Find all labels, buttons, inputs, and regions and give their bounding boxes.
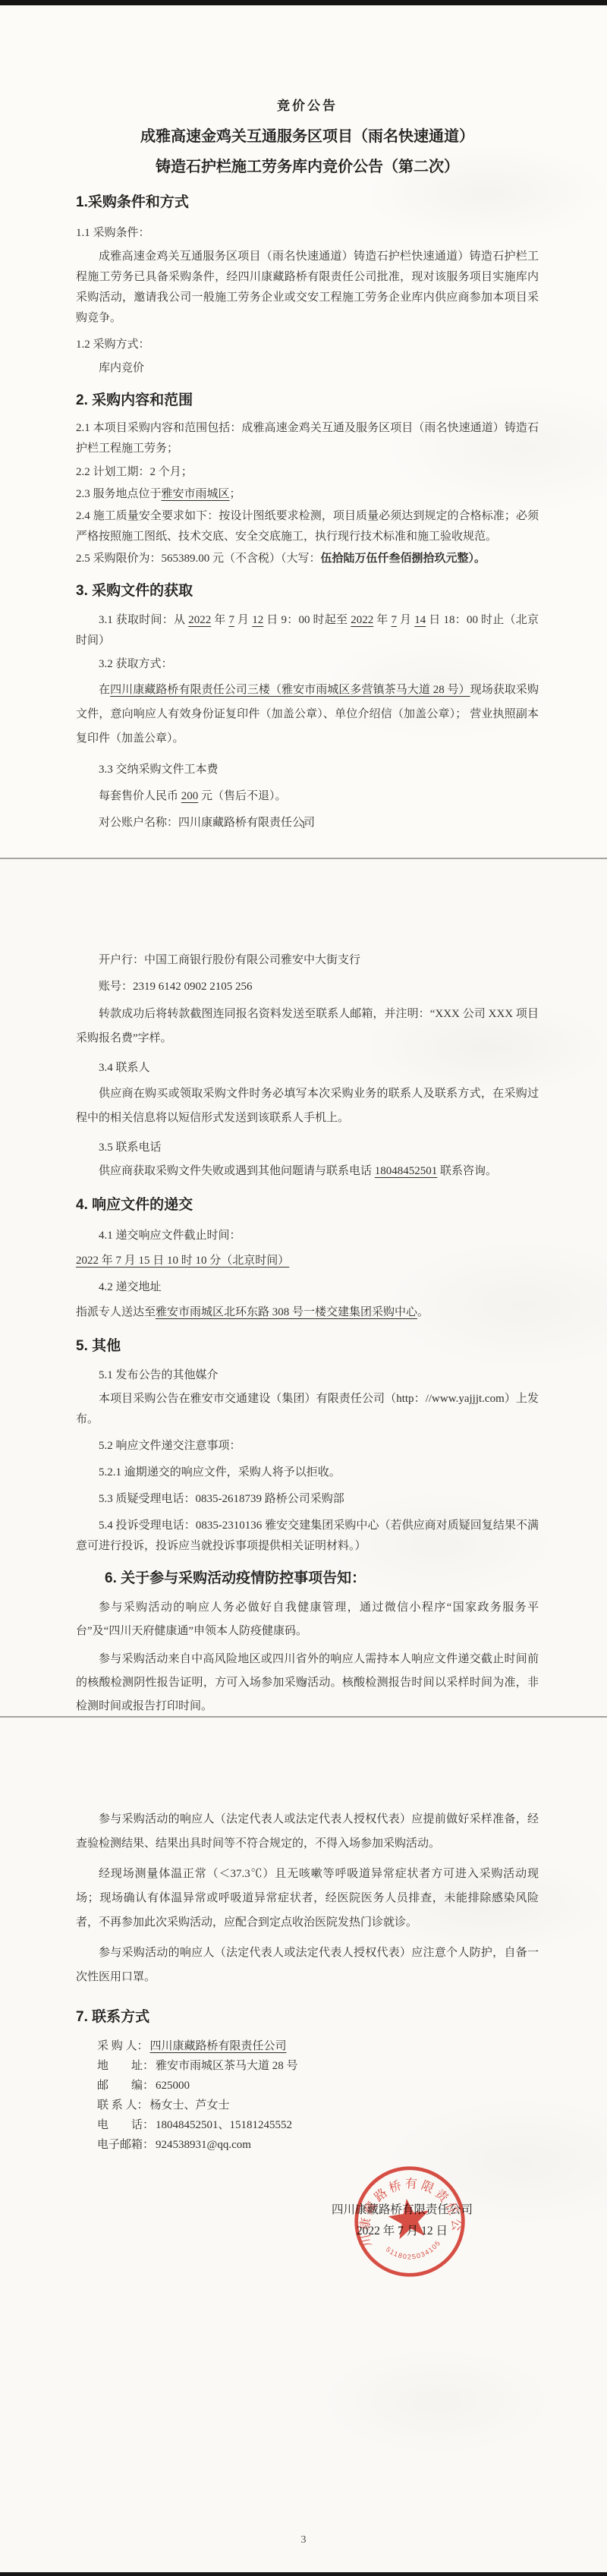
section-6-heading: 6. 关于参与采购活动疫情防控事项告知： — [76, 1569, 539, 1589]
text-segment: 元（售后不退）。 — [198, 790, 286, 802]
text-segment: 18048452501 — [375, 1165, 438, 1177]
paragraph-3-5: 供应商获取采购文件失败或遇到其他问题请与联系电话 18048452501 联系咨… — [76, 1161, 539, 1182]
contact-block: 采 购 人： 四川康藏路桥有限责任公司 地 址： 雅安市雨城区茶马大道 28 号… — [97, 2036, 539, 2155]
item-2-3: 2.3 服务地点位于雅安市雨城区； — [76, 484, 539, 505]
page-number: 1 — [0, 820, 607, 832]
item-4-1: 4.1 递交响应文件截止时间： — [76, 1226, 539, 1246]
text-segment: 日 9：00 时起至 — [263, 614, 351, 626]
text-segment: 2.3 服务地点位于 — [76, 488, 162, 500]
paragraph-3-2: 在四川康藏路桥有限责任公司三楼（雅安市雨城区多营镇茶马大道 28 号）现场获取采… — [76, 678, 539, 751]
section-5-heading: 5. 其他 — [76, 1337, 539, 1356]
contact-row: 邮 编： 625000 — [97, 2076, 539, 2096]
contact-label: 地 址： — [97, 2056, 154, 2076]
text-segment: 200 — [181, 790, 199, 802]
item-5-2-1: 5.2.1 逾期递交的响应文件，采购人将予以拒收。 — [76, 1463, 539, 1483]
item-3-5: 3.5 联系电话 — [76, 1138, 539, 1158]
text-segment: 四川康藏路桥有限责任公司三楼（雅安市雨城区多营镇茶马大道 28 号） — [110, 684, 470, 696]
section-3-heading: 3. 采购文件的获取 — [76, 581, 539, 601]
text-segment: 供应商获取采购文件失败或遇到其他问题请与联系电话 — [99, 1165, 375, 1177]
text-segment: 每套售价人民币 — [99, 790, 181, 802]
contact-row: 电子邮箱： 924538931@qq.com — [97, 2135, 539, 2155]
contact-row: 联 系 人： 杨女士、芦女士 — [97, 2096, 539, 2115]
contact-label: 采 购 人： — [97, 2036, 149, 2056]
text-segment: 3.1 获取时间：从 — [99, 614, 188, 626]
text-segment: 伍拾陆万伍仟叁佰捌拾玖元整）。 — [321, 553, 486, 565]
section-7-heading: 7. 联系方式 — [76, 2008, 539, 2027]
covid-paragraph-5: 参与采购活动的响应人（法定代表人或法定代表人授权代表）应注意个人防护，自备一次性… — [76, 1941, 539, 1989]
page-3: 参与采购活动的响应人（法定代表人或法定代表人授权代表）应提前做好采样准备，经查验… — [0, 1718, 607, 2572]
text-segment: 联系咨询。 — [437, 1165, 497, 1177]
item-2-5: 2.5 采购限价为：565389.00 元（不含税）（大写：伍拾陆万伍仟叁佰捌拾… — [76, 549, 539, 569]
item-3-3: 3.3 交纳采购文件工本费 — [76, 760, 539, 780]
signature-block: 四川康藏路桥有限责任公司 2022 年 7 月 12 日 — [266, 2200, 539, 2242]
contact-value: 四川康藏路桥有限责任公司 — [150, 2036, 287, 2056]
bank-line: 开户行：中国工商银行股份有限公司雅安中大街支行 — [76, 950, 539, 971]
text-segment: 7 — [391, 614, 397, 626]
text-segment: 2.5 采购限价为：565389.00 元（不含税）（大写： — [76, 553, 321, 565]
contact-row: 电 话： 18048452501、15181245552 — [97, 2115, 539, 2135]
page-number: 2 — [0, 1678, 607, 1690]
item-2-1: 2.1 本项目采购内容和范围包括：成雅高速金鸡关互通及服务区项目（雨名快速通道）… — [76, 418, 539, 459]
item-5-2: 5.2 响应文件递交注意事项： — [76, 1436, 539, 1456]
text-segment: 12 — [252, 614, 263, 626]
transfer-note: 转款成功后将转款截图连同报名资料发送至联系人邮箱，并注明：“XXX 公司 XXX… — [76, 1002, 539, 1050]
signature-date: 2022 年 7 月 12 日 — [266, 2221, 539, 2242]
text-segment: 指派专人送达至 — [76, 1306, 156, 1318]
paragraph-1-2: 库内竞价 — [76, 358, 539, 379]
text-segment: 。 — [417, 1306, 429, 1318]
item-1-1: 1.1 采购条件： — [76, 223, 539, 244]
page-number: 3 — [0, 2534, 607, 2546]
text-segment: 14 — [414, 614, 426, 626]
contact-value: 雅安市雨城区茶马大道 28 号 — [156, 2056, 298, 2076]
contact-label: 联 系 人： — [97, 2096, 149, 2115]
text-segment: 7 — [228, 614, 234, 626]
scan-edge-top — [0, 0, 607, 5]
item-2-4: 2.4 施工质量安全要求如下：按设计图纸要求检测，项目质量必须达到规定的合格标准… — [76, 506, 539, 547]
text-segment: 2022 年 7 月 15 日 10 时 10 分（北京时间） — [76, 1255, 289, 1267]
signature-company: 四川康藏路桥有限责任公司 — [266, 2200, 539, 2221]
item-1-2: 1.2 采购方式： — [76, 335, 539, 355]
contact-value: 924538931@qq.com — [156, 2135, 251, 2155]
covid-paragraph-1: 参与采购活动的响应人务必做好自我健康管理，通过微信小程序“国家政务服务平台”及“… — [76, 1596, 539, 1643]
text-segment: 2022 — [188, 614, 211, 626]
contact-label: 电 话： — [97, 2115, 154, 2135]
item-4-2: 4.2 递交地址 — [76, 1277, 539, 1298]
doc-title: 竞价公告 — [76, 95, 539, 114]
contact-value: 杨女士、芦女士 — [150, 2096, 230, 2115]
text-segment: 2022 — [351, 614, 373, 626]
doc-subtitle-line-1: 成雅高速金鸡关互通服务区项目（雨名快速通道） — [76, 124, 539, 146]
text-segment: 月 — [397, 614, 414, 626]
item-5-3: 5.3 质疑受理电话：0835-2618739 路桥公司采购部 — [76, 1489, 539, 1510]
deadline-line: 2022 年 7 月 15 日 10 时 10 分（北京时间） — [76, 1251, 539, 1271]
text-segment: 月 — [234, 614, 252, 626]
scan-edge-bottom — [0, 2572, 607, 2576]
scanned-document: 竞价公告 成雅高速金鸡关互通服务区项目（雨名快速通道） 铸造石护栏施工劳务库内竞… — [0, 0, 607, 2576]
paragraph-1-1: 成雅高速金鸡关互通服务区项目（雨名快速通道）铸造石护栏快速通道）铸造石护栏工程施… — [76, 247, 539, 329]
doc-subtitle-line-2: 铸造石护栏施工劳务库内竞价公告（第二次） — [76, 154, 539, 176]
item-3-4: 3.4 联系人 — [76, 1058, 539, 1079]
item-3-2: 3.2 获取方式： — [76, 654, 539, 675]
text-segment: ； — [230, 488, 241, 500]
covid-paragraph-4: 经现场测量体温正常（＜37.3℃）且无咳嗽等呼吸道异常症状者方可进入采购活动现场… — [76, 1862, 539, 1935]
text-segment: 年 — [373, 614, 391, 626]
item-5-1: 5.1 发布公告的其他媒介 — [76, 1365, 539, 1386]
account-number-line: 账号：2319 6142 0902 2105 256 — [76, 977, 539, 997]
item-2-2: 2.2 计划工期：2 个月； — [76, 462, 539, 483]
text-segment: 雅安市雨城区 — [162, 488, 230, 500]
covid-paragraph-3: 参与采购活动的响应人（法定代表人或法定代表人授权代表）应提前做好采样准备，经查验… — [76, 1807, 539, 1856]
section-2-heading: 2. 采购内容和范围 — [76, 391, 539, 411]
text-segment: 雅安市雨城区北环东路 308 号一楼交建集团采购中心 — [156, 1306, 417, 1318]
contact-row: 地 址： 雅安市雨城区茶马大道 28 号 — [97, 2056, 539, 2076]
document-fee-line: 每套售价人民币 200 元（售后不退）。 — [76, 786, 539, 807]
delivery-address-line: 指派专人送达至雅安市雨城区北环东路 308 号一楼交建集团采购中心。 — [76, 1302, 539, 1323]
page-1: 竞价公告 成雅高速金鸡关互通服务区项目（雨名快速通道） 铸造石护栏施工劳务库内竞… — [0, 5, 607, 858]
item-5-4: 5.4 投诉受理电话：0835-2310136 雅安交建集团采购中心（若供应商对… — [76, 1516, 539, 1557]
item-3-1: 3.1 获取时间：从 2022 年 7 月 12 日 9：00 时起至 2022… — [76, 610, 539, 651]
page-2: 开户行：中国工商银行股份有限公司雅安中大街支行 账号：2319 6142 090… — [0, 859, 607, 1716]
contact-row: 采 购 人： 四川康藏路桥有限责任公司 — [97, 2036, 539, 2056]
text-segment: 在 — [99, 684, 110, 696]
section-1-heading: 1.采购条件和方式 — [76, 193, 539, 213]
section-4-heading: 4. 响应文件的递交 — [76, 1195, 539, 1215]
contact-value: 625000 — [156, 2076, 190, 2096]
contact-label: 电子邮箱： — [97, 2135, 154, 2155]
paragraph-3-4: 供应商在购买或领取采购文件时务必填写本次采购业务的联系人及联系方式，在采购过程中… — [76, 1082, 539, 1130]
text-segment: 年 — [211, 614, 228, 626]
paragraph-5-1: 本项目采购公告在雅安市交通建设（集团）有限责任公司（http：//www.yaj… — [76, 1389, 539, 1430]
contact-value: 18048452501、15181245552 — [156, 2115, 292, 2135]
contact-label: 邮 编： — [97, 2076, 154, 2096]
